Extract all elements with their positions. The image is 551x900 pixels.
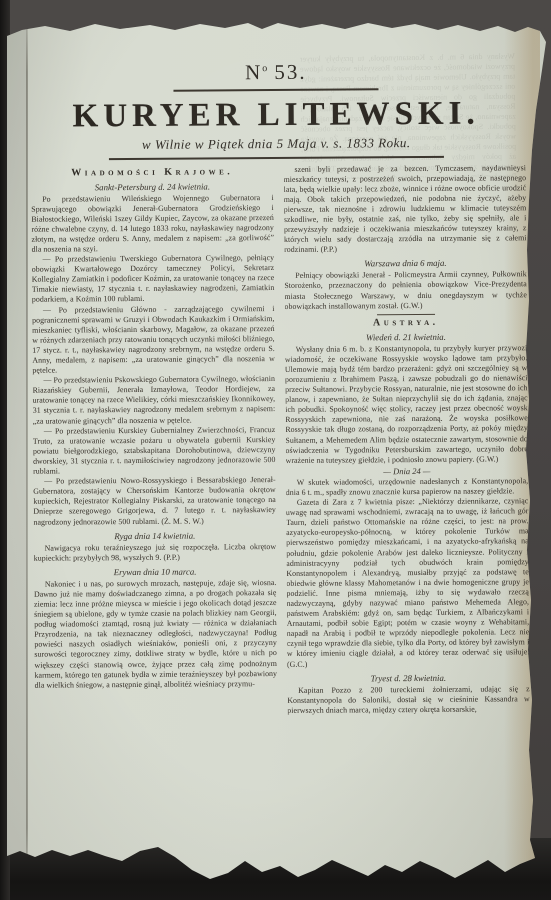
issue-value: 53. <box>274 60 306 84</box>
article-paragraph: Nakoniec i u nas, po surowych mrozach, n… <box>34 578 277 691</box>
article-paragraph: — Po przedstawieniu Kurskiey Gubernialne… <box>33 425 276 477</box>
newspaper-title: KURYER LITEWSKI. <box>1 95 551 136</box>
right-column: szeni byli przedawać je za bezcen. Tymcz… <box>283 163 530 813</box>
issue-prefix: N <box>245 60 262 84</box>
sub-dateline-dnia-24: — Dnia 24 — <box>286 465 529 477</box>
article-paragraph: Po przedstawieniu Wileńskiego Wojennego … <box>31 193 274 255</box>
masthead: No53. KURYER LITEWSKI. w Wilnie w Piątek… <box>0 22 551 160</box>
article-paragraph: — Po przedstawieniu Główno - zarządzając… <box>32 304 275 376</box>
dateline-ryga: Ryga dnia 14 kwietnia. <box>34 530 277 542</box>
article-columns: Wiadomości Krajowe. Sankt-Petersburg d. … <box>1 157 551 815</box>
article-paragraph: Gazeta di Zara z 7 kwietnia pisze: „Niek… <box>286 496 530 669</box>
masthead-rule-top <box>173 88 378 91</box>
article-paragraph: Kapitan Pozzo z 200 tureckiemi żołnierza… <box>287 684 530 716</box>
article-paragraph: — Po przedstawieniu Nowo-Rossyyskiego i … <box>33 475 276 527</box>
article-paragraph: Pełniący obowiązki Jenerał - Policmeystr… <box>284 270 527 312</box>
article-paragraph: Wysłany dnia 6 m. b. z Konstantynopola, … <box>285 343 528 466</box>
article-paragraph: — Po przedstawieniu Twerskiego Gubernato… <box>32 253 275 305</box>
dateline-erywan: Erywan dnia 10 marca. <box>34 566 277 578</box>
page-content: Wysłany dnia 6 m. b. z Konstantynopola, … <box>0 22 551 814</box>
issue-number: No53. <box>0 58 551 87</box>
section-header-wiadomosci-krajowe: Wiadomości Krajowe. <box>31 166 274 179</box>
dateline-warszawa: Warszawa dnia 6 maja. <box>284 258 527 270</box>
section-header-austrya: Austrya. <box>285 316 528 329</box>
article-paragraph: Nawigacya roku teraźnieyszego już się ro… <box>34 542 277 564</box>
issue-ordinal: o <box>262 63 267 74</box>
article-paragraph: W skutek wiadomości, urzędownie nadesłan… <box>286 476 529 498</box>
dateline-tryest: Tryest d. 28 kwietnia. <box>287 672 530 684</box>
masthead-dateline: w Wilnie w Piątek dnia 5 Maja v. s. 1833… <box>1 134 551 154</box>
dateline-petersburg: Sankt-Petersburg d. 24 kwietnia. <box>31 181 274 193</box>
dateline-wieden: Wiedeń d. 21 kwietnia. <box>285 331 528 343</box>
article-paragraph: — Po przedstawieniu Pskowskiego Gubernat… <box>32 374 275 426</box>
section-divider-rule <box>377 314 435 315</box>
newspaper-page: Wysłany dnia 6 m. b. z Konstantynopola, … <box>0 0 551 900</box>
left-column: Wiadomości Krajowe. Sankt-Petersburg d. … <box>31 165 278 815</box>
